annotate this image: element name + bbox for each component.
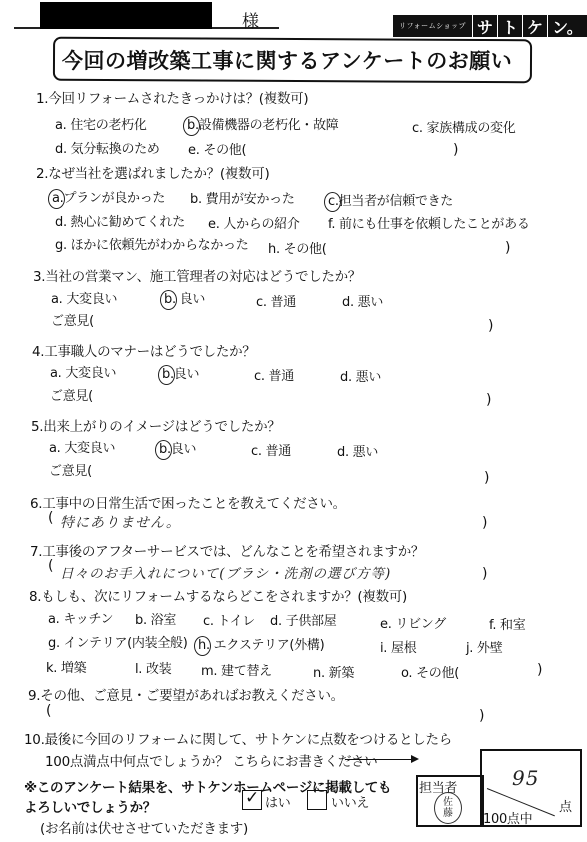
q6-handwritten-answer[interactable]: 特にありません。 bbox=[60, 512, 181, 532]
q9-answer-input[interactable] bbox=[58, 705, 473, 721]
question-2: 2.なぜ当社を選ばれましたか？(複数可) bbox=[36, 162, 269, 182]
q3-comment-label: ご意見( bbox=[51, 310, 94, 329]
q2-option-f[interactable]: f. 前にも仕事を依頼したことがある bbox=[328, 213, 530, 232]
q8-option-e[interactable]: e. リビング bbox=[380, 613, 446, 632]
question-9: 9.その他、ご意見・ご要望があればお教えください。 bbox=[28, 684, 344, 704]
q5-option-a[interactable]: a. 大変良い bbox=[49, 437, 115, 456]
q1-option-a[interactable]: a. 住宅の老朽化 bbox=[55, 114, 147, 133]
selection-circle: c. bbox=[328, 194, 339, 209]
q7-open-paren: ( bbox=[48, 558, 53, 574]
q5-comment-close-paren: ) bbox=[484, 470, 489, 486]
q2-option-b[interactable]: b. 費用が安かった bbox=[190, 188, 295, 207]
q9-open-paren: ( bbox=[46, 703, 51, 719]
q7-handwritten-answer[interactable]: 日々のお手入れについて(ブラシ・洗剤の選び方等) bbox=[60, 562, 391, 582]
page-title: 今回の増改築工事に関するアンケートのお願い bbox=[62, 45, 512, 75]
arrow-line bbox=[345, 759, 413, 760]
q8-option-f[interactable]: f. 和室 bbox=[489, 614, 525, 633]
logo-char-4: ン。 bbox=[547, 15, 587, 37]
q2-option-a[interactable]: a.プランが良かった bbox=[52, 187, 165, 206]
q1-option-e[interactable]: e. その他( bbox=[188, 139, 246, 158]
q1-option-c[interactable]: c. 家族構成の変化 bbox=[412, 117, 515, 136]
q8-option-a[interactable]: a. キッチン bbox=[48, 608, 113, 627]
q4-comment-close-paren: ) bbox=[486, 392, 491, 408]
q8-option-j[interactable]: j. 外壁 bbox=[466, 637, 502, 656]
question-7: 7.工事後のアフターサービスでは、どんなことを希望されますか？ bbox=[30, 540, 424, 560]
q3-comment-input[interactable] bbox=[92, 310, 482, 326]
q1-option-b[interactable]: b.設備機器の老朽化・故障 bbox=[187, 114, 339, 133]
q5-option-b[interactable]: b.良い bbox=[159, 438, 196, 457]
q4-comment-input[interactable] bbox=[92, 385, 482, 401]
score-unit: 点 bbox=[559, 796, 572, 815]
q8-option-h[interactable]: h. エクステリア(外構) bbox=[198, 634, 324, 653]
q8-other-close-paren: ) bbox=[537, 662, 542, 678]
q5-comment-label: ご意見( bbox=[49, 460, 92, 479]
q8-option-l[interactable]: l. 改装 bbox=[135, 658, 171, 677]
q8-option-k[interactable]: k. 増築 bbox=[46, 657, 86, 676]
q8-option-m[interactable]: m. 建て替え bbox=[201, 660, 272, 679]
q1-other-close-paren: ) bbox=[453, 142, 458, 158]
q5-option-c[interactable]: c. 普通 bbox=[251, 440, 291, 459]
q3-option-d[interactable]: d. 悪い bbox=[342, 291, 383, 310]
logo-char-3: ケ bbox=[522, 15, 547, 37]
question-4: 4.工事職人のマナーはどうでしたか？ bbox=[32, 340, 255, 360]
consent-yes-label[interactable]: はい bbox=[265, 792, 290, 811]
recipient-name-redacted bbox=[40, 2, 212, 29]
q3-option-b[interactable]: b. 良い bbox=[164, 288, 205, 307]
question-8: 8.もしも、次にリフォームするならどこをされますか？(複数可) bbox=[29, 585, 407, 605]
q8-option-i[interactable]: i. 屋根 bbox=[380, 637, 416, 656]
question-1: 1.今回リフォームされたきっかけは？(複数可) bbox=[36, 87, 308, 107]
q2-option-e[interactable]: e. 人からの紹介 bbox=[208, 213, 300, 232]
q9-close-paren: ) bbox=[479, 708, 484, 724]
selection-circle: b. bbox=[164, 292, 176, 307]
q8-option-c[interactable]: c. トイレ bbox=[203, 610, 255, 629]
q3-comment-close-paren: ) bbox=[488, 318, 493, 334]
q4-comment-label: ご意見( bbox=[50, 385, 93, 404]
question-10: 10.最後に今回のリフォームに関して、サトケンに点数をつけるとしたら bbox=[24, 728, 452, 748]
question-3: 3.当社の営業マン、施工管理者の対応はどうでしたか？ bbox=[33, 265, 361, 285]
arrow-right-icon bbox=[411, 755, 419, 763]
q2-option-g[interactable]: g. ほかに依頼先がわからなかった bbox=[55, 234, 248, 253]
q8-option-b[interactable]: b. 浴室 bbox=[135, 609, 176, 628]
publish-consent-note: (お名前は伏せさせていただきます) bbox=[40, 817, 248, 837]
score-scale: 100点中 bbox=[483, 808, 532, 827]
company-logo: リフォームショップ サ ト ケ ン。 bbox=[393, 15, 587, 37]
selection-circle: h. bbox=[198, 638, 210, 653]
logo-char-1: サ bbox=[472, 15, 497, 37]
q7-close-paren: ) bbox=[482, 566, 487, 582]
question-10-line2: 100点満点中何点でしょうか？ こちらにお書きください bbox=[45, 750, 377, 770]
q5-option-d[interactable]: d. 悪い bbox=[337, 441, 378, 460]
q2-option-h[interactable]: h. その他( bbox=[268, 238, 327, 257]
check-mark-icon: ✓ bbox=[245, 788, 259, 808]
q2-option-d[interactable]: d. 熱心に勧めてくれた bbox=[55, 211, 185, 230]
q2-other-close-paren: ) bbox=[505, 240, 510, 256]
q4-option-d[interactable]: d. 悪い bbox=[340, 366, 381, 385]
q8-option-n[interactable]: n. 新築 bbox=[313, 662, 354, 681]
q6-close-paren: ) bbox=[482, 515, 487, 531]
consent-no-checkbox[interactable] bbox=[307, 790, 327, 810]
score-value-handwritten[interactable]: 95 bbox=[512, 766, 539, 790]
q8-option-d[interactable]: d. 子供部屋 bbox=[270, 610, 336, 629]
publish-consent-line2: よろしいでしょうか？ bbox=[24, 796, 156, 816]
q8-option-g[interactable]: g. インテリア(内装全般) bbox=[48, 632, 188, 651]
honorific: 様 bbox=[242, 7, 259, 32]
q5-comment-input[interactable] bbox=[92, 460, 482, 476]
selection-circle: a. bbox=[52, 191, 64, 206]
question-6: 6.工事中の日常生活で困ったことを教えてください。 bbox=[30, 492, 346, 512]
selection-circle: b. bbox=[159, 442, 171, 457]
q8-option-o[interactable]: o. その他( bbox=[401, 662, 459, 681]
q4-option-b[interactable]: b.良い bbox=[162, 363, 199, 382]
selection-circle: b. bbox=[162, 367, 174, 382]
q2-option-c[interactable]: c.担当者が信頼できた bbox=[328, 190, 453, 209]
q4-option-c[interactable]: c. 普通 bbox=[254, 365, 294, 384]
consent-no-label[interactable]: いいえ bbox=[331, 792, 369, 811]
logo-char-2: ト bbox=[497, 15, 522, 37]
selection-circle: b. bbox=[187, 118, 199, 133]
q6-open-paren: ( bbox=[48, 510, 53, 526]
q3-option-c[interactable]: c. 普通 bbox=[256, 291, 296, 310]
staff-seal-stamp: 佐 藤 bbox=[434, 792, 462, 824]
question-5: 5.出来上がりのイメージはどうでしたか？ bbox=[31, 415, 280, 435]
q1-option-d[interactable]: d. 気分転換のため bbox=[55, 138, 160, 157]
logo-subtitle: リフォームショップ bbox=[393, 15, 472, 37]
consent-yes-checkbox[interactable]: ✓ bbox=[242, 790, 262, 810]
q4-option-a[interactable]: a. 大変良い bbox=[50, 362, 116, 381]
q3-option-a[interactable]: a. 大変良い bbox=[51, 288, 117, 307]
